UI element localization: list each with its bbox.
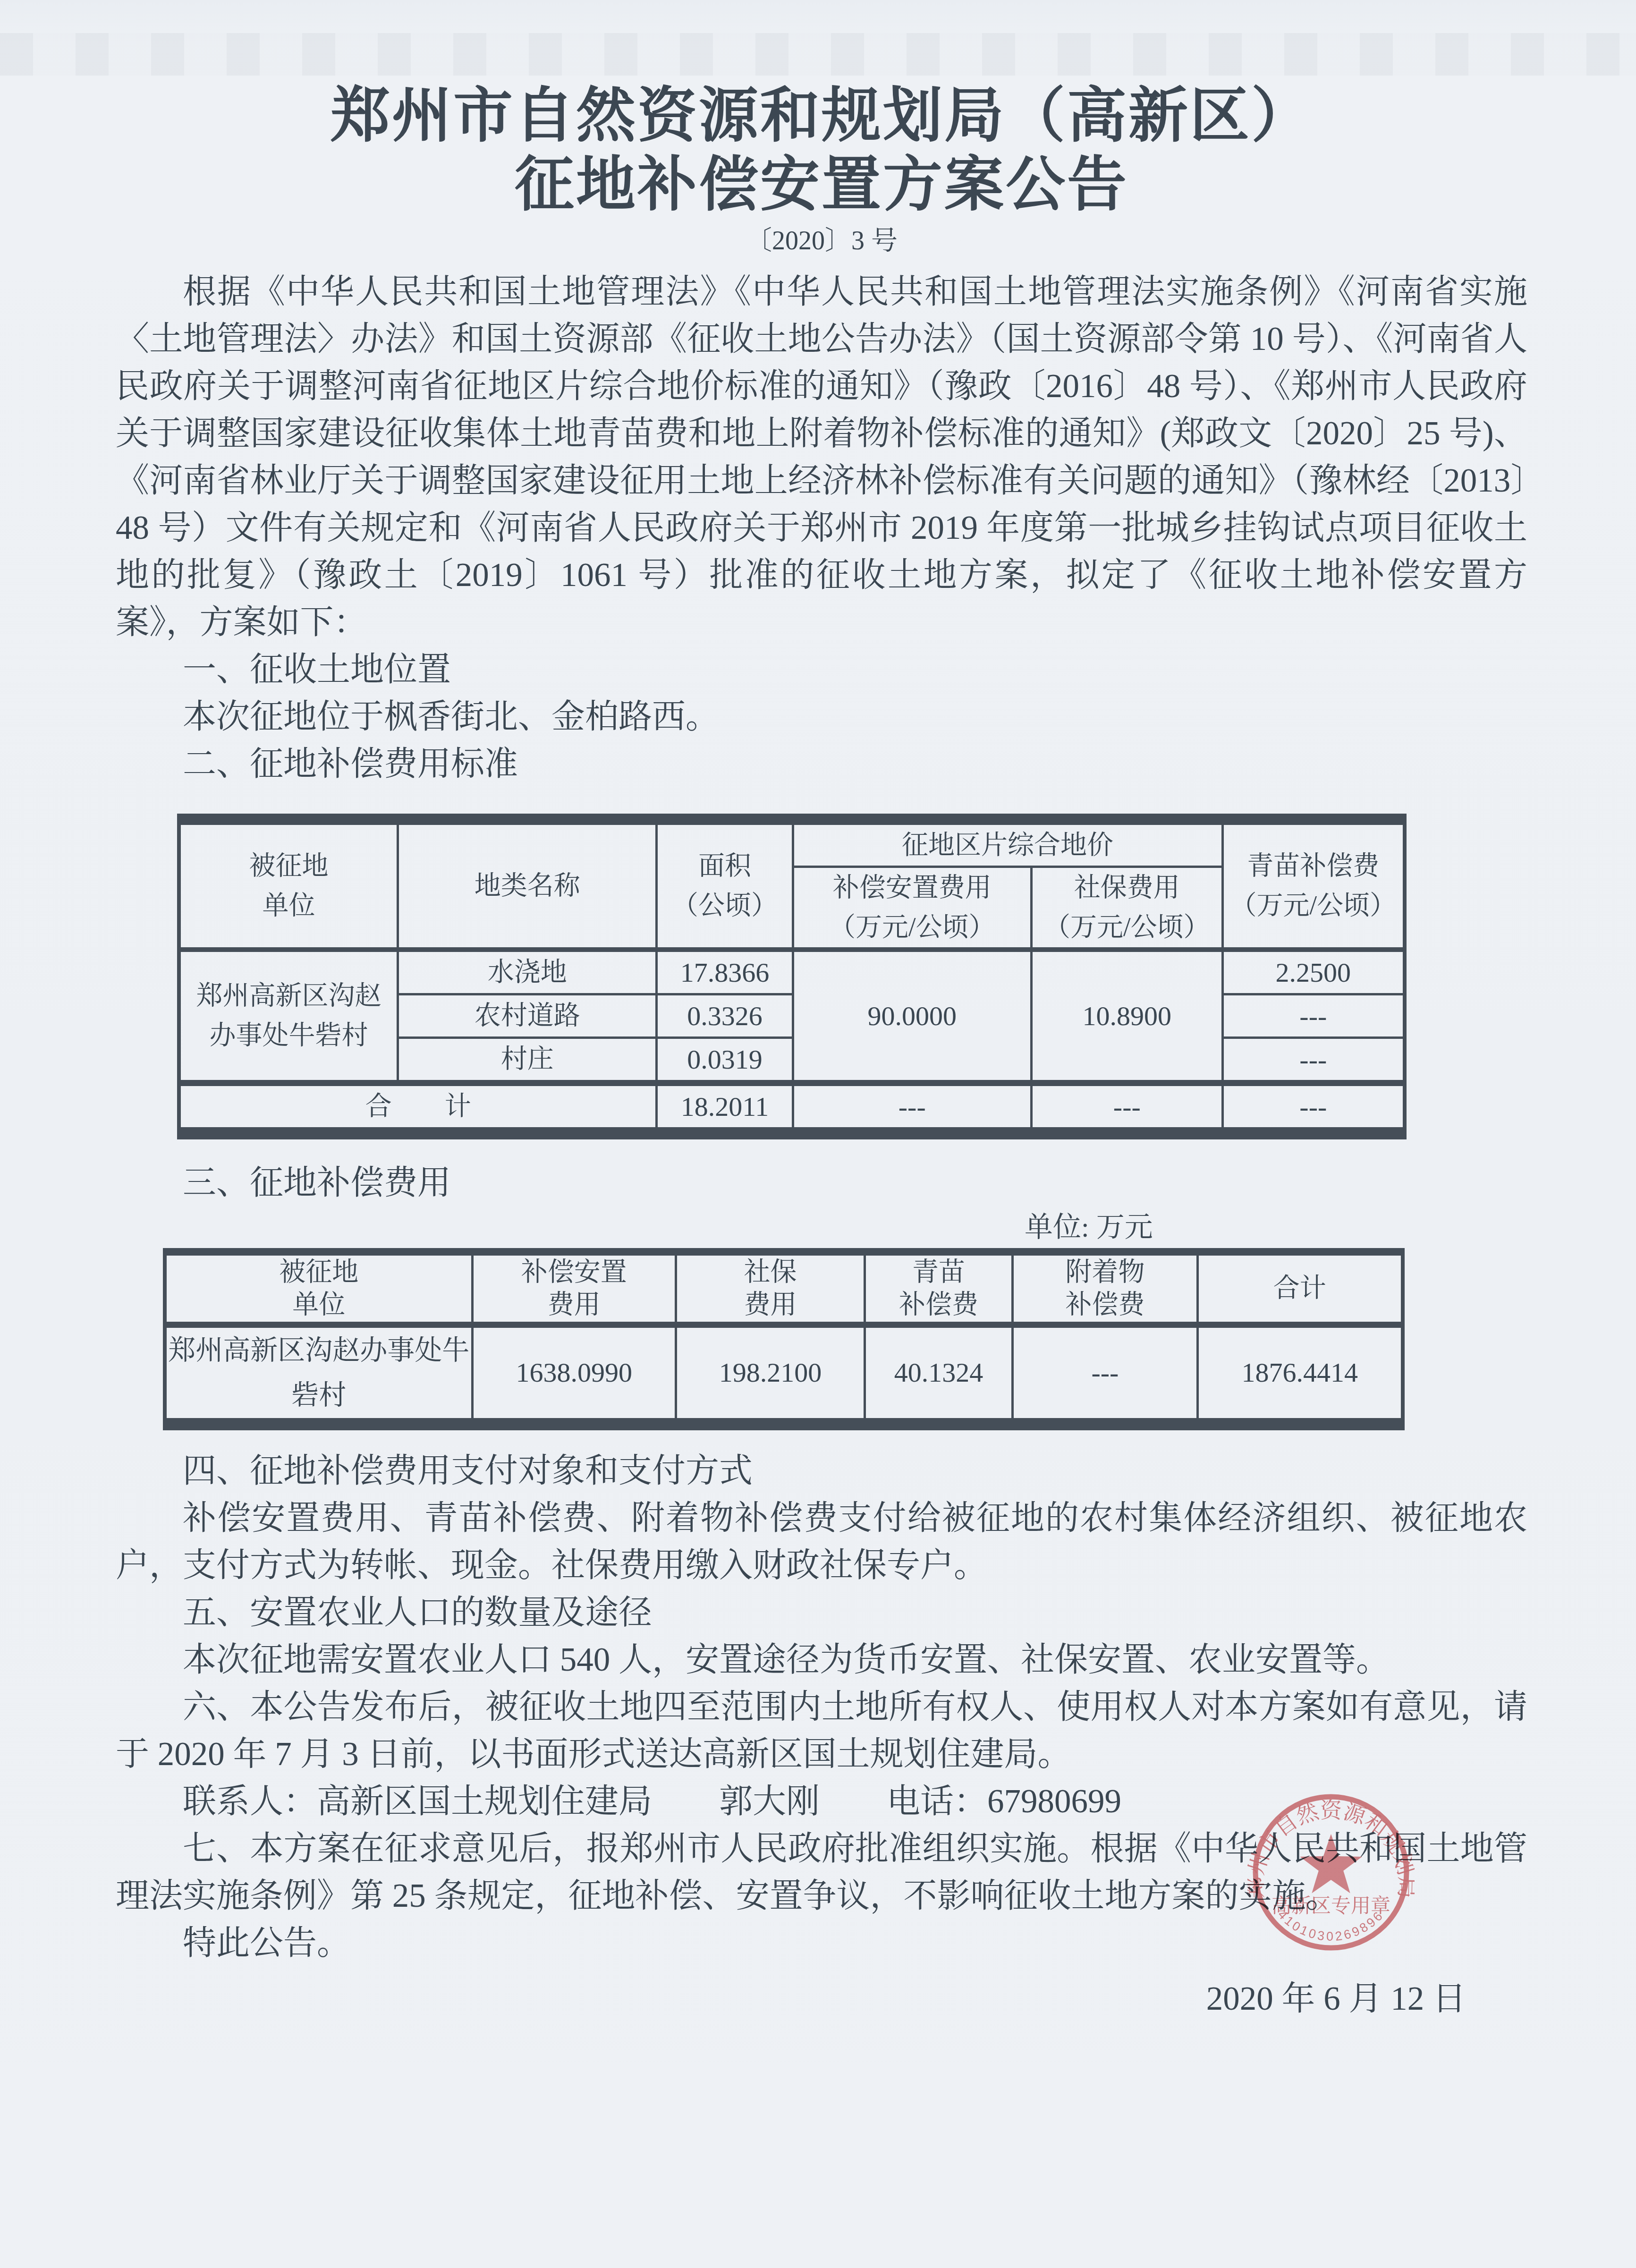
document-title: 郑州市自然资源和规划局（高新区） 征地补偿安置方案公告 — [116, 81, 1527, 219]
table-cell: --- — [1222, 1037, 1405, 1083]
table-cell: 1638.0990 — [472, 1325, 676, 1424]
table-row: 郑州高新区沟赵 办事处牛砦村 水浇地 17.8366 90.0000 10.89… — [179, 950, 1405, 994]
compensation-standard-table: 被征地 单位 地类名称 面积 （公顷） 征地区片综合地价 青苗补偿费 （万元/公… — [177, 814, 1407, 1139]
cell-social-fee: 10.8900 — [1031, 950, 1222, 1083]
contact-line: 联系人：高新区国土规划住建局 郭大刚 电话：67980699 — [116, 1778, 1527, 1825]
table-cell: --- — [793, 1083, 1031, 1133]
cell-unit-name: 郑州高新区沟赵 办事处牛砦村 — [179, 950, 398, 1083]
document-page: 郑州市自然资源和规划局（高新区） 征地补偿安置方案公告 〔2020〕3 号 根据… — [0, 0, 1636, 2268]
table-cell: --- — [1013, 1325, 1198, 1424]
table-cell: 水浇地 — [398, 950, 657, 994]
issue-date: 2020 年 6 月 12 日 — [116, 1975, 1527, 2022]
document-number: 〔2020〕3 号 — [116, 226, 1527, 256]
table-cell: 村庄 — [398, 1037, 657, 1083]
table-total-row: 合 计 18.2011 --- --- --- — [179, 1083, 1405, 1133]
table-cell: 0.3326 — [657, 994, 793, 1037]
column-header-seedling-fee: 青苗补偿费 （万元/公顷） — [1222, 819, 1405, 950]
table-header-row: 被征地 单位 地类名称 面积 （公顷） 征地区片综合地价 青苗补偿费 （万元/公… — [179, 819, 1405, 866]
table-cell: 17.8366 — [657, 950, 793, 994]
column-header-land-type: 地类名称 — [398, 819, 657, 950]
title-line-2: 征地补偿安置方案公告 — [116, 150, 1527, 219]
column-header-total: 合计 — [1197, 1252, 1403, 1325]
cell-unit-name: 郑州高新区沟赵办事处牛 砦村 — [165, 1325, 472, 1424]
table-cell: 2.2500 — [1222, 950, 1405, 994]
column-header-resettle: 补偿安置 费用 — [472, 1252, 676, 1325]
section1-body: 本次征地位于枫香街北、金柏路西。 — [116, 693, 1527, 740]
column-header-price-group: 征地区片综合地价 — [793, 819, 1222, 866]
table-cell: 198.2100 — [676, 1325, 865, 1424]
column-header-attachment: 附着物 补偿费 — [1013, 1252, 1198, 1325]
section3-heading: 三、征地补偿费用 — [116, 1159, 1527, 1206]
section7-body: 七、本方案在征求意见后，报郑州市人民政府批准组织实施。根据《中华人民共和国土地管… — [116, 1825, 1527, 1920]
table-cell: --- — [1222, 1083, 1405, 1133]
table-cell: 18.2011 — [657, 1083, 793, 1133]
table-cell: 40.1324 — [865, 1325, 1012, 1424]
section1-heading: 一、征收土地位置 — [116, 646, 1527, 693]
cell-resettle-fee: 90.0000 — [793, 950, 1031, 1083]
section6-body: 六、本公告发布后，被征收土地四至范围内土地所有权人、使用权人对本方案如有意见，请… — [116, 1683, 1527, 1778]
section5-heading: 五、安置农业人口的数量及途径 — [116, 1589, 1527, 1636]
cell-total-label: 合 计 — [179, 1083, 657, 1133]
column-header-resettle-fee: 补偿安置费用 （万元/公顷） — [793, 866, 1031, 950]
closing-line: 特此公告。 — [116, 1920, 1527, 1967]
column-header-unit: 被征地 单位 — [165, 1252, 472, 1325]
title-line-1: 郑州市自然资源和规划局（高新区） — [116, 81, 1527, 150]
paragraph-intro: 根据《中华人民共和国土地管理法》《中华人民共和国土地管理法实施条例》《河南省实施… — [116, 268, 1527, 646]
compensation-fee-table: 被征地 单位 补偿安置 费用 社保 费用 青苗 补偿费 附着物 补偿费 合计 郑… — [163, 1248, 1405, 1430]
column-header-unit: 被征地 单位 — [179, 819, 398, 950]
table-header-row: 被征地 单位 补偿安置 费用 社保 费用 青苗 补偿费 附着物 补偿费 合计 — [165, 1252, 1403, 1325]
section5-body: 本次征地需安置农业人口 540 人，安置途径为货币安置、社保安置、农业安置等。 — [116, 1636, 1527, 1683]
table-cell: 0.0319 — [657, 1037, 793, 1083]
table-cell: 1876.4414 — [1197, 1325, 1403, 1424]
table-cell: --- — [1222, 994, 1405, 1037]
table-cell: 农村道路 — [398, 994, 657, 1037]
section4-heading: 四、征地补偿费用支付对象和支付方式 — [116, 1447, 1527, 1495]
table-row: 郑州高新区沟赵办事处牛 砦村 1638.0990 198.2100 40.132… — [165, 1325, 1403, 1424]
section2-heading: 二、征地补偿费用标准 — [116, 740, 1527, 788]
table2-unit-note: 单位: 万元 — [1025, 1211, 1527, 1243]
table-cell: --- — [1031, 1083, 1222, 1133]
column-header-social-fee: 社保费用 （万元/公顷） — [1031, 866, 1222, 950]
column-header-seedling: 青苗 补偿费 — [865, 1252, 1012, 1325]
document-content: 郑州市自然资源和规划局（高新区） 征地补偿安置方案公告 〔2020〕3 号 根据… — [116, 0, 1527, 2022]
column-header-social: 社保 费用 — [676, 1252, 865, 1325]
section4-body: 补偿安置费用、青苗补偿费、附着物补偿费支付给被征地的农村集体经济组织、被征地农户… — [116, 1495, 1527, 1589]
column-header-area: 面积 （公顷） — [657, 819, 793, 950]
